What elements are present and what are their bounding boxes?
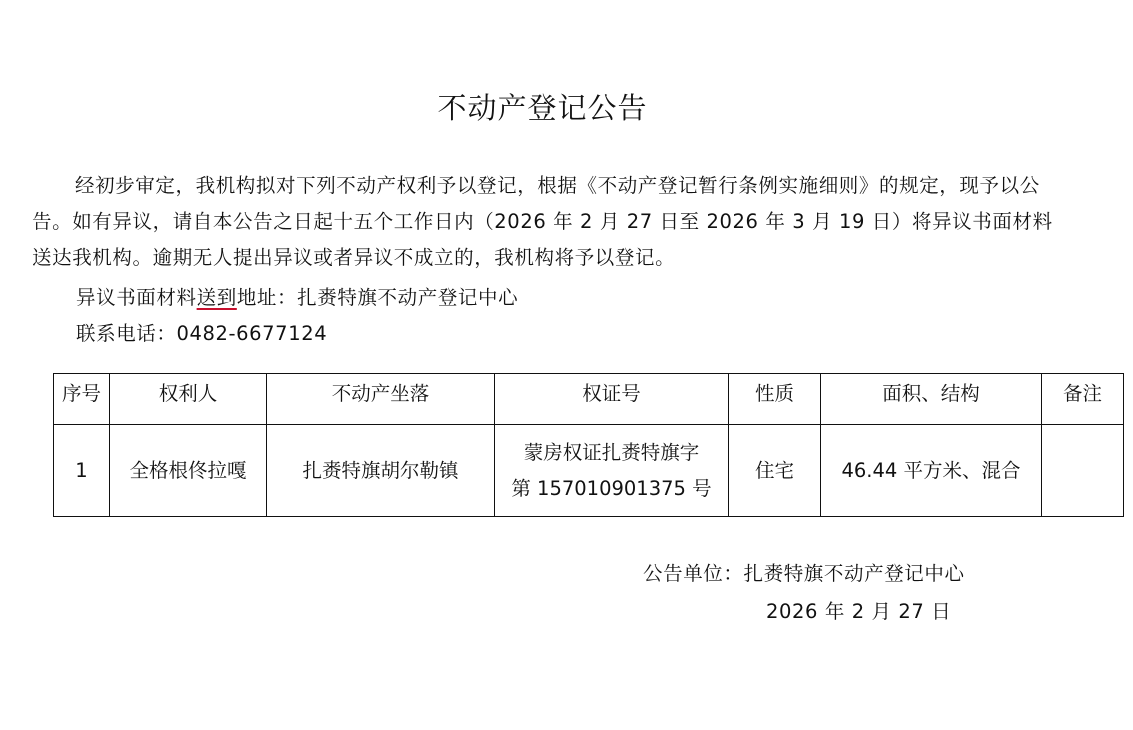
header-owner: 权利人 — [110, 374, 267, 425]
cell-owner: 全格根佟拉嘎 — [110, 425, 267, 517]
registration-table: 序号 权利人 不动产坐落 权证号 性质 面积、结构 备注 1 全格根佟拉嘎 扎赉… — [53, 373, 1124, 517]
page-title: 不动产登记公告 — [0, 86, 1085, 127]
certificate-line-2: 第 157010901375 号 — [495, 471, 728, 507]
cell-area-structure: 46.44 平方米、混合 — [821, 425, 1042, 517]
table-header-row: 序号 权利人 不动产坐落 权证号 性质 面积、结构 备注 — [54, 374, 1124, 425]
address-suffix: 地址：扎赉特旗不动产登记中心 — [237, 286, 518, 309]
issuer-line: 公告单位：扎赉特旗不动产登记中心 — [643, 558, 965, 586]
cell-certificate: 蒙房权证扎赉特旗字 第 157010901375 号 — [495, 425, 729, 517]
cell-index: 1 — [54, 425, 110, 517]
cell-remarks — [1042, 425, 1124, 517]
objection-address-line: 异议书面材料送到地址：扎赉特旗不动产登记中心 — [76, 282, 518, 310]
header-certificate: 权证号 — [495, 374, 729, 425]
header-location: 不动产坐落 — [267, 374, 495, 425]
certificate-line-1: 蒙房权证扎赉特旗字 — [495, 435, 728, 471]
header-area-structure: 面积、结构 — [821, 374, 1042, 425]
header-remarks: 备注 — [1042, 374, 1124, 425]
issue-date: 2026 年 2 月 27 日 — [766, 596, 951, 624]
cell-location: 扎赉特旗胡尔勒镇 — [267, 425, 495, 517]
contact-phone-line: 联系电话：0482-6677124 — [76, 318, 327, 346]
address-underlined-text: 送到 — [197, 286, 237, 309]
header-index: 序号 — [54, 374, 110, 425]
header-nature: 性质 — [729, 374, 821, 425]
notice-body-paragraph: 经初步审定，我机构拟对下列不动产权利予以登记，根据《不动产登记暂行条例实施细则》… — [32, 168, 1072, 276]
table-row: 1 全格根佟拉嘎 扎赉特旗胡尔勒镇 蒙房权证扎赉特旗字 第 1570109013… — [54, 425, 1124, 517]
cell-nature: 住宅 — [729, 425, 821, 517]
address-prefix: 异议书面材料 — [76, 286, 197, 309]
